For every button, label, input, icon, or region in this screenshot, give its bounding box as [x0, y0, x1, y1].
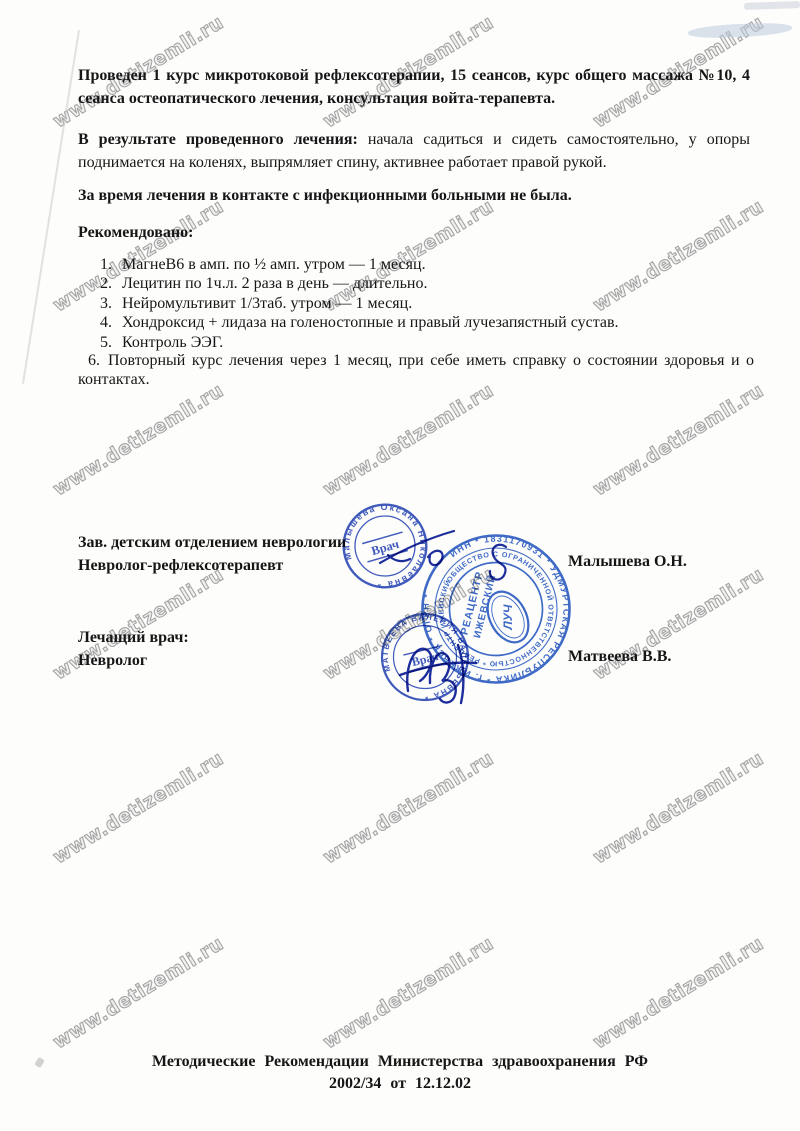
watermark-text: www.detizemli.ru	[589, 932, 767, 1053]
list-item-number: 5.	[100, 333, 122, 352]
recommendations-heading: Рекомендовано:	[78, 221, 750, 244]
signer-2-titles: Лечащий врач:Невролог	[78, 627, 189, 672]
list-item-number: 2.	[100, 274, 122, 293]
list-item: 3.Нейромультивит 1/3таб. утром — 1 месяц…	[78, 294, 754, 313]
list-item-text: Хондроксид + лидаза на голеностопные и п…	[122, 314, 619, 331]
list-item-text: Лецитин по 1ч.л. 2 раза в день — длитель…	[122, 275, 427, 292]
footer-line1: Методические Рекомендации Министерства з…	[152, 1053, 648, 1070]
watermark-text: www.detizemli.ru	[589, 563, 767, 684]
scan-smudge-top	[744, 1, 800, 10]
signer-2-name: Матвеева В.В.	[568, 648, 671, 666]
signer-1-title-line2: Невролог-рефлексотерапевт	[78, 557, 283, 574]
signer-1-title-line1: Зав. детским отделением неврологии	[78, 534, 346, 551]
watermark-text: www.detizemli.ru	[49, 932, 227, 1053]
signature-malysheva	[380, 531, 506, 580]
treatment-result-paragraph: В результате проведенного лечения: начал…	[78, 128, 750, 174]
signer-2-title-line2: Невролог	[78, 652, 147, 669]
list-item-text: Повторный курс лечения через 1 месяц, пр…	[78, 352, 754, 388]
watermark-text: www.detizemli.ru	[319, 932, 497, 1053]
document-page: www.detizemli.ruwww.detizemli.ruwww.deti…	[0, 0, 800, 1131]
list-item-number: 1.	[100, 255, 122, 274]
list-item: 4.Хондроксид + лидаза на голеностопные и…	[78, 313, 754, 332]
footer-line2: 2002/34 от 12.12.02	[329, 1075, 471, 1092]
scan-crease	[22, 30, 80, 384]
watermark-text: www.detizemli.ru	[319, 379, 497, 500]
watermark-text: www.detizemli.ru	[589, 747, 767, 868]
signer-1-name: Малышева О.Н.	[568, 553, 687, 571]
signature-matveeva	[400, 645, 476, 703]
list-item: 1.МагнеВ6 в амп. по ½ амп. утром — 1 мес…	[78, 255, 754, 274]
list-item: 5.Контроль ЭЭГ.	[78, 333, 754, 352]
result-lead-text: В результате проведенного лечения:	[78, 131, 358, 148]
list-item-text: МагнеВ6 в амп. по ½ амп. утром — 1 месяц…	[122, 256, 426, 273]
scan-smudge	[688, 21, 793, 39]
list-item-number: 4.	[100, 313, 122, 332]
list-item-number: 6.	[88, 352, 100, 369]
infection-contact-paragraph: За время лечения в контакте с инфекционн…	[78, 184, 750, 207]
signer-1-titles: Зав. детским отделением неврологииНеврол…	[78, 532, 346, 577]
recommendation-item-6: 6.Повторный курс лечения через 1 месяц, …	[78, 351, 754, 390]
signer-2-title-line1: Лечащий врач:	[78, 629, 189, 646]
list-item: 2.Лецитин по 1ч.л. 2 раза в день — длите…	[78, 274, 754, 293]
watermark-text: www.detizemli.ru	[319, 747, 497, 868]
recommendations-list: 1.МагнеВ6 в амп. по ½ амп. утром — 1 мес…	[78, 255, 754, 352]
footer-reference: Методические Рекомендации Министерства з…	[0, 1051, 800, 1095]
watermark-text: www.detizemli.ru	[49, 379, 227, 500]
treatment-summary-paragraph: Проведен 1 курс микротоковой рефлексотер…	[78, 64, 750, 110]
watermark-text: www.detizemli.ru	[589, 379, 767, 500]
list-item-number: 3.	[100, 294, 122, 313]
watermark-text: www.detizemli.ru	[49, 747, 227, 868]
list-item-text: Контроль ЭЭГ.	[122, 334, 223, 351]
list-item-text: Нейромультивит 1/3таб. утром — 1 месяц.	[122, 295, 412, 312]
ink-signatures	[330, 495, 570, 735]
